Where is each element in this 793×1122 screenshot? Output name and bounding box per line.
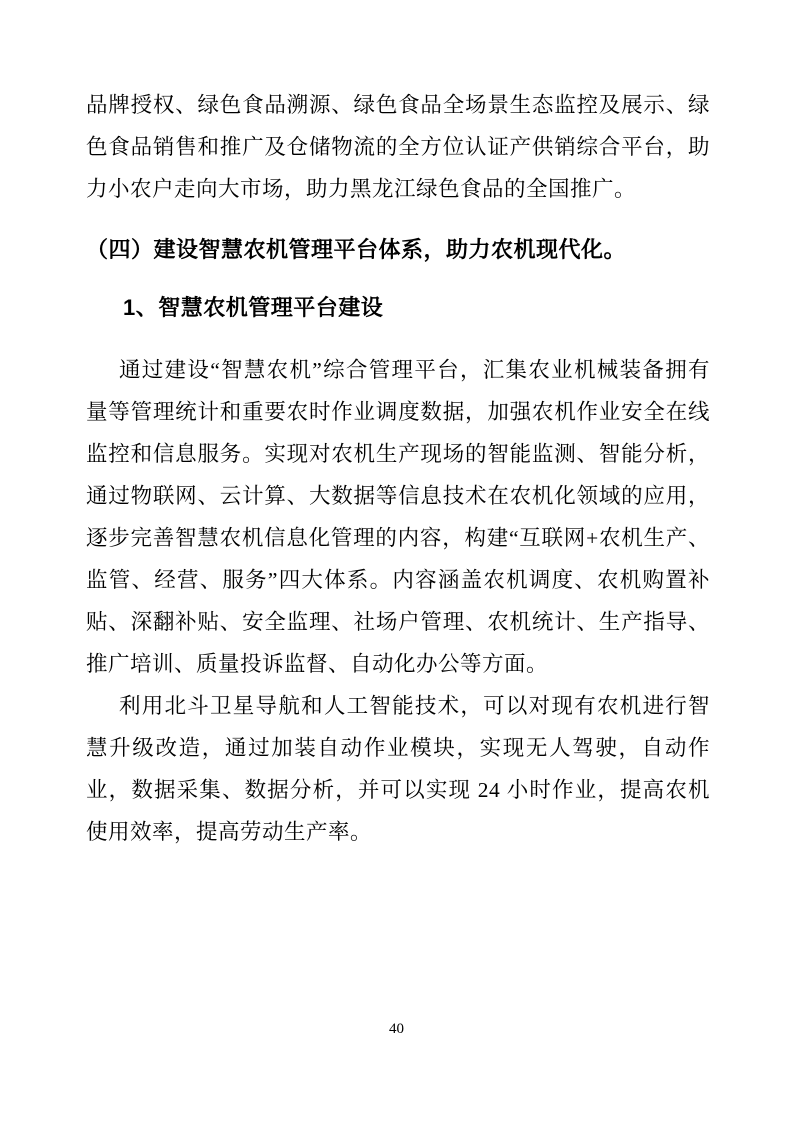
body-paragraph-1: 通过建设“智慧农机”综合管理平台，汇集农业机械装备拥有量等管理统计和重要农时作业… — [86, 349, 710, 685]
continuation-paragraph: 品牌授权、绿色食品溯源、绿色食品全场景生态监控及展示、绿色食品销售和推广及仓储物… — [86, 84, 710, 210]
body-paragraph-2: 利用北斗卫星导航和人工智能技术，可以对现有农机进行智慧升级改造，通过加装自动作业… — [86, 685, 710, 853]
subsection-heading: 1、智慧农机管理平台建设 — [123, 287, 710, 329]
page-number: 40 — [0, 1018, 793, 1040]
document-page: 品牌授权、绿色食品溯源、绿色食品全场景生态监控及展示、绿色食品销售和推广及仓储物… — [0, 0, 793, 1122]
section-heading: （四）建设智慧农机管理平台体系，助力农机现代化。 — [86, 229, 710, 271]
